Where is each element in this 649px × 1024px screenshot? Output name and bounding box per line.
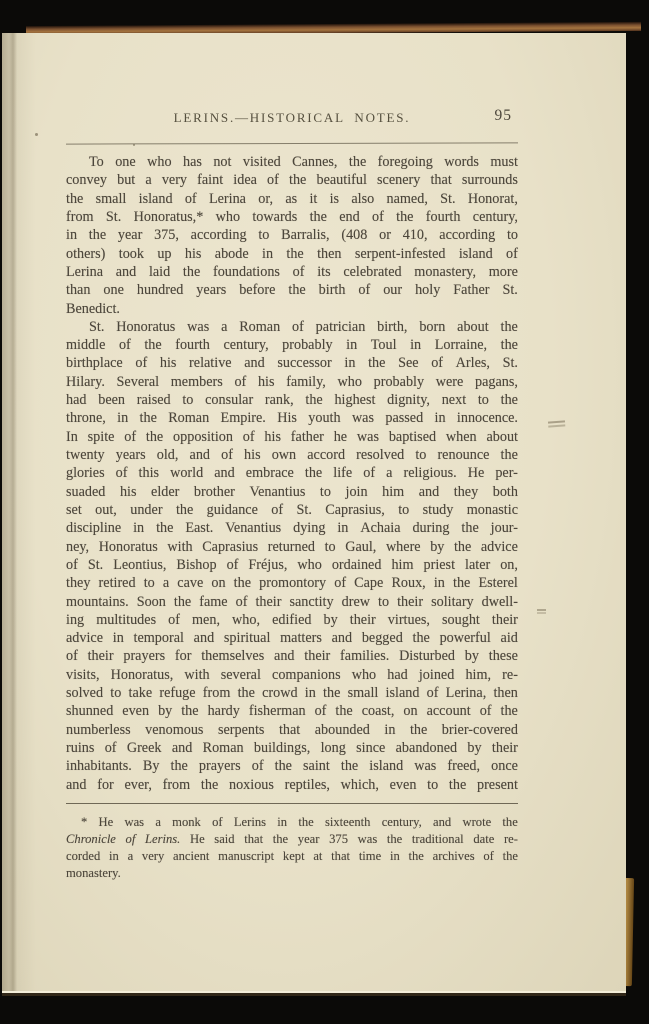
word: their [255,594,281,611]
word: St. [440,191,455,208]
word: Barralis, [281,227,329,244]
word: abandoned [396,740,457,757]
word: up [157,246,171,263]
word: took [119,246,144,263]
word: date [473,832,494,847]
word: must [490,154,518,171]
word: 410, [403,227,428,244]
word: successor [277,355,331,372]
word: of [480,703,492,720]
word: had [387,667,408,684]
word: with [184,667,209,684]
word: brier-covered [442,722,518,739]
word: innocence. [457,410,518,427]
text-line: adviceintemporalandspiritualmattersandbe… [66,630,518,648]
word: of [168,612,180,629]
word: with [167,539,192,556]
text-line: disciplineintheEast.VenantiusdyinginAcha… [66,520,518,538]
word: to [182,392,193,409]
word: take [129,685,153,702]
word: was [187,319,209,336]
word: Lerins [234,815,266,830]
word: small [348,685,379,702]
word: century, [382,815,422,830]
word: from [203,685,231,702]
word: out, [95,502,117,519]
word: his [264,429,281,446]
word: that [244,832,263,847]
word: a [145,172,151,189]
word: edified [272,612,311,629]
word: the [501,337,518,354]
word: it [309,191,317,208]
word: birth [319,282,346,299]
word: the [501,392,518,409]
word: families. [340,648,389,665]
word: of [358,282,370,299]
paper-speck [35,133,38,136]
word: of [221,447,233,464]
word: middle [66,337,105,354]
word: opposition [173,429,233,446]
text-line: Benedict. [66,301,518,319]
word: small [96,191,127,208]
word: him [382,484,404,501]
text-line: birthplaceofhisrelativeandsuccessorinthe… [66,355,518,373]
word: the [387,832,402,847]
word: faint [197,172,223,189]
word: convey [66,172,107,189]
word: of [334,575,346,592]
word: study [423,502,454,519]
pencil-smudge [537,609,546,611]
word: in [337,520,348,537]
word: His [277,410,297,427]
word: East. [185,520,213,537]
word: several [221,667,261,684]
word: said [214,832,234,847]
word: members [171,374,223,391]
word: the [234,575,251,592]
word: companions [272,667,341,684]
word: later [465,557,490,574]
word: his [160,355,177,372]
scanned-book-photo: { "colors":{ "background":"#0b0a08", "pa… [0,0,649,1024]
word: St. [106,209,121,226]
word: refuge [159,685,195,702]
word: according [191,227,247,244]
word: spiritual [224,630,271,647]
word: one [103,282,124,299]
word: in [109,849,119,864]
word: rank, [265,392,294,409]
word: saint [303,758,330,775]
word: and [244,355,265,372]
word: about [486,429,518,446]
text-line: hadbeenraisedtoconsularrank,thehighestdi… [66,392,518,410]
word: join [346,484,368,501]
word: his [120,484,137,501]
word: birth, [377,319,407,336]
word: once [491,758,518,775]
text-line: others)tookuphisabodeinthethenserpent-in… [66,246,518,264]
word: drew [342,594,370,611]
word: the [66,191,83,208]
word: monastic [467,502,518,519]
word: Lorraine, [435,337,487,354]
word: Achaia [360,520,400,537]
word: multitudes [96,612,156,629]
word: they [454,484,478,501]
text-line: inhabitants.Bytheprayersofthesainttheisl… [66,758,518,776]
word: laid [149,264,170,281]
word: re- [504,832,518,847]
word: of [227,557,239,574]
word: year [298,832,320,847]
word: the [341,758,358,775]
word: solved [66,685,103,702]
word: resolved [356,447,404,464]
word: during [412,520,449,537]
word: re- [502,667,518,684]
word: our [383,282,402,299]
word: discipline [66,520,121,537]
word: of [293,264,305,281]
word: the [140,410,157,427]
word: world [170,465,203,482]
word: in [434,575,445,592]
word: Caprasius, [325,502,385,519]
word: the [176,502,193,519]
text-line: mountains.Soonthefameoftheirsanctitydrew… [66,594,518,612]
word: island [139,191,173,208]
word: his [185,246,202,263]
word: the [323,685,340,702]
word: advice [66,630,103,647]
word: shunned [66,703,113,720]
word: when [446,429,477,446]
book-page: LERINS.—HISTORICAL NOTES. 95 Toonewhohas… [2,33,626,993]
word: and [332,630,353,647]
word: beautiful [316,172,366,189]
word: been [98,392,125,409]
text-line: throne,intheRomanEmpire.Hisyouthwaspasse… [66,410,518,428]
word: He [468,465,485,482]
word: dying [293,520,325,537]
word: Cape [354,575,383,592]
word: under [130,502,162,519]
text-line: middleofthefourthcentury,probablyinTouli… [66,337,518,355]
word: who [297,557,321,574]
word: than [66,282,90,299]
word: Several [117,374,160,391]
word: abounded [315,722,370,739]
word: both [493,484,518,501]
word: very [142,849,164,864]
word: traditional [412,832,464,847]
word: in [305,685,316,702]
word: accord [307,447,345,464]
word: named, [387,191,428,208]
word: the [156,520,173,537]
word: present [477,777,518,794]
word: in [262,246,273,263]
word: even [390,777,417,794]
text-line: suadedhiselderbrotherVenantiustojoinhima… [66,484,518,502]
word: to [378,594,389,611]
text-line: St.HonoratuswasaRomanofpatricianbirth,bo… [66,319,518,337]
word: and [194,630,215,647]
word: and [214,465,235,482]
word: by [324,612,338,629]
word: glories [66,465,105,482]
word: ney, [66,539,89,556]
word: the [144,337,161,354]
word: was [124,815,144,830]
word: youth [308,410,340,427]
word: brother [194,484,235,501]
word: of [66,557,78,574]
word: of [212,815,223,830]
word: their [397,594,423,611]
word: his [244,447,261,464]
word: sixteenth [325,815,370,830]
word: freed, [447,758,480,775]
word: he [334,429,347,446]
word: of [252,758,264,775]
word: own [272,447,296,464]
word: ing [66,612,84,629]
word: years [116,447,146,464]
word: the [238,685,255,702]
word: 375 [329,832,348,847]
word: that [331,849,350,864]
word: its [317,264,330,281]
word: Roux, [391,575,425,592]
word: Lerina [66,264,103,281]
word: was [414,758,436,775]
word: St. [297,502,312,519]
word: wrote [462,815,491,830]
word: By [143,758,160,775]
word: of [267,172,279,189]
word: was [358,832,378,847]
word: the [454,539,471,556]
text-line: intheyear375,accordingtoBarralis,(408or4… [66,227,518,245]
word: in [133,520,144,537]
word: priest [424,557,456,574]
word: St. [89,319,104,336]
word: embrace [246,465,294,482]
word: in [346,337,357,354]
word: to [144,575,155,592]
word: and [419,484,440,501]
word: the [413,630,430,647]
word: towards [252,209,297,226]
word: which, [341,777,379,794]
word: island [369,758,403,775]
word: Arles, [456,355,490,372]
word: very [162,172,187,189]
word: Venantius [249,484,305,501]
word: Father [453,282,489,299]
word: of [315,703,327,720]
word: per- [495,465,518,482]
word: virtues, [388,612,430,629]
word: the [368,355,385,372]
body-text: ToonewhohasnotvisitedCannes,theforegoing… [66,154,518,795]
word: dwell- [482,594,518,611]
word: returned [268,539,315,556]
word: birthplace [66,355,123,372]
footnote-rule [66,803,518,804]
word: raised [137,392,171,409]
word: the [288,282,305,299]
text-line: Hilary.Severalmembersofhisfamily,whoprob… [66,374,518,392]
word: powerful [440,630,491,647]
word: St. [88,557,103,574]
text-line: conveybutaveryfaintideaofthebeautifulsce… [66,172,518,190]
word: of [135,355,147,372]
word: Esterel [478,575,517,592]
word: Honoratus,* [134,209,204,226]
word: numberless [66,722,131,739]
word: of [363,465,375,482]
word: dignity, [387,392,430,409]
word: Honoratus [99,539,158,556]
word: century, [473,209,518,226]
word: and [433,815,451,830]
word: buildings, [254,740,310,757]
word: to [427,777,438,794]
word: even [122,703,149,720]
word: was [357,429,379,446]
word: baptised [389,429,436,446]
word: the [501,703,518,720]
word: and [172,740,193,757]
word: in [277,815,287,830]
word: Lerina, [446,685,487,702]
word: in [344,355,355,372]
word: a [128,849,134,864]
word: of [431,355,443,372]
word: him, [465,667,491,684]
word: religious. [403,465,456,482]
word: abode [215,246,249,263]
word: guidance [207,502,258,519]
word: at [313,849,322,864]
word: To [89,154,104,171]
word: the [501,319,518,336]
word: in [117,410,128,427]
word: and [66,777,87,794]
word: before [239,282,275,299]
word: temporal [134,630,184,647]
word: in [113,630,124,647]
text-line: fromSt.Honoratus,*whotowardstheendofthef… [66,209,518,227]
word: holy [415,282,440,299]
word: set [66,502,82,519]
word: had [66,392,87,409]
word: inhabitants. [66,758,132,775]
word: the [201,777,218,794]
text-line: setout,undertheguidanceofSt.Caprasius,to… [66,502,518,520]
text-line: ingmultitudesofmen,who,edifiedbytheirvir… [66,612,518,630]
word: who [147,154,171,171]
word: of [271,502,283,519]
word: Honoratus, [111,667,174,684]
page-gutter-crease [9,33,17,991]
word: to [110,685,121,702]
word: were [436,374,464,391]
word: father [291,429,324,446]
word: the [171,758,188,775]
word: of [372,209,384,226]
word: archives [433,849,475,864]
word: to [415,447,426,464]
word: Chronicle [66,832,116,847]
word: words [444,154,479,171]
word: the [89,227,106,244]
word: who [352,667,376,684]
word: aid [501,630,518,647]
word: of [427,685,439,702]
word: the [502,815,517,830]
word: Empire. [221,410,266,427]
word: surrounds [462,172,518,189]
word: on, [500,557,518,574]
word: who [338,374,362,391]
word: year [118,227,142,244]
word: in [435,410,446,427]
word: their [492,612,518,629]
word: idea [233,172,257,189]
word: next [442,392,466,409]
word: according [439,227,495,244]
word: the [305,392,322,409]
word: pagans, [475,374,518,391]
word: a [386,465,392,482]
word: (408 [341,227,367,244]
word: where [386,539,421,556]
word: also [351,191,374,208]
word: fame [199,594,227,611]
word: reptiles, [285,777,330,794]
word: of [243,429,255,446]
word: his [258,374,275,391]
text-line: twentyyearsold,andofhisownaccordresolved… [66,447,518,465]
word: monk [172,815,201,830]
word: monastery, [414,264,476,281]
word: monastery. [66,866,121,881]
word: the [286,246,303,263]
word: by [430,539,444,556]
word: to [258,227,269,244]
word: more [489,264,518,281]
word: probably [374,374,424,391]
word: retired [99,575,136,592]
word: begged [362,630,403,647]
word: corded [66,849,100,864]
word: the [410,722,427,739]
text-line: andforever,fromthenoxiousreptiles,which,… [66,777,518,795]
word: a [155,815,161,830]
word: spite [88,429,115,446]
word: the [183,264,200,281]
word: Toul [371,337,397,354]
word: they [66,575,90,592]
word: account [427,703,471,720]
